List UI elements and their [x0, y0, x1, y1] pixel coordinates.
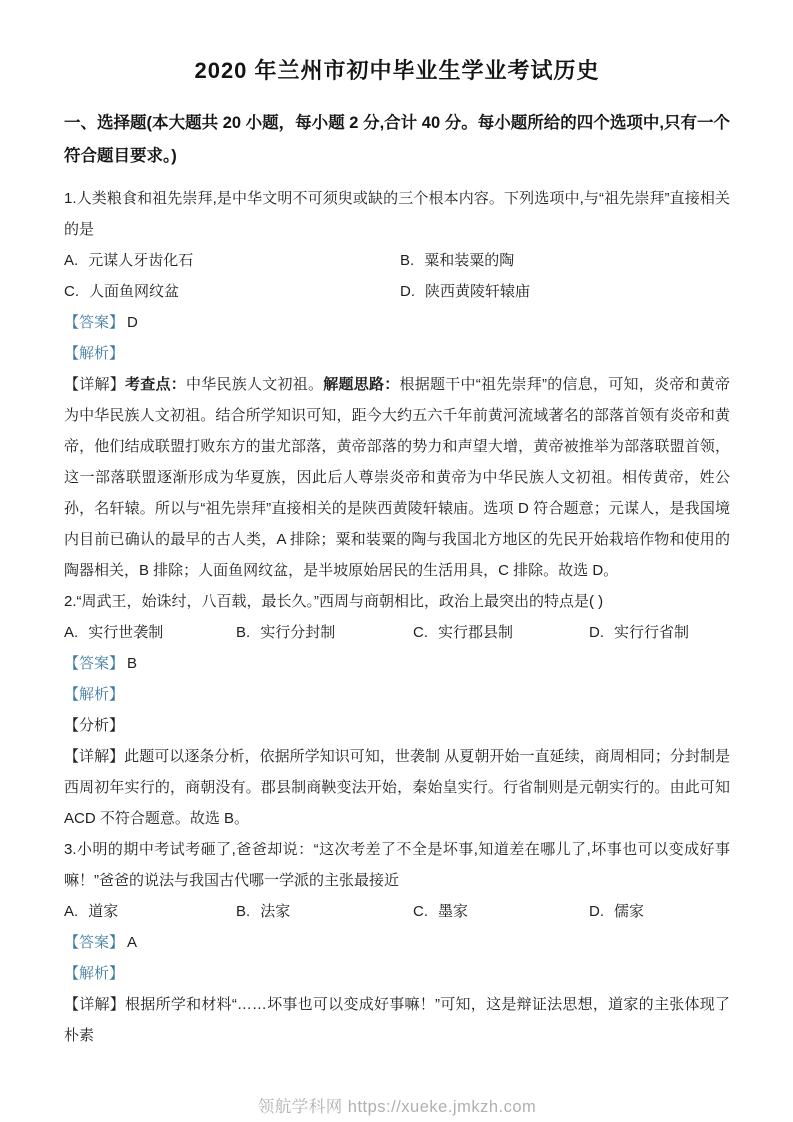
option-text: 实行分封制 — [260, 624, 335, 641]
detail-segment: 【详解】 — [64, 376, 125, 393]
detail-segment: 【详解】此题可以逐条分析，依据所学知识可知，世袭制 从夏朝开始一直延续，商周相同… — [64, 748, 730, 827]
answer-line: 【答案】B — [64, 648, 730, 679]
option-key: C. — [413, 624, 428, 641]
option-key: C. — [413, 903, 428, 920]
option-a: A.元谋人牙齿化石 — [64, 245, 400, 276]
answer-label: 【答案】 — [64, 655, 124, 672]
question-3: 3.小明的期中考试考砸了,爸爸却说：“这次考差了不全是坏事,知道差在哪儿了,坏事… — [64, 834, 730, 1051]
answer-value: D — [127, 314, 138, 331]
option-text: 实行世袭制 — [88, 624, 163, 641]
detail-segment-bold: 解题思路： — [323, 376, 399, 393]
option-key: B. — [236, 903, 250, 920]
option-key: A. — [64, 252, 78, 269]
fenxi-label: 【分析】 — [64, 717, 124, 734]
jiexi-line: 【解析】 — [64, 338, 730, 369]
answer-line: 【答案】D — [64, 307, 730, 338]
option-b: B.法家 — [236, 896, 413, 927]
options-grid: A.道家 B.法家 C.墨家 D.儒家 — [64, 896, 730, 927]
option-c: C.人面鱼网纹盆 — [64, 276, 400, 307]
option-text: 法家 — [260, 903, 290, 920]
jiexi-line: 【解析】 — [64, 679, 730, 710]
detail-paragraph: 【详解】此题可以逐条分析，依据所学知识可知，世袭制 从夏朝开始一直延续，商周相同… — [64, 741, 730, 834]
detail-segment: 【详解】根据所学和材料“……坏事也可以变成好事嘛！”可知，这是辩证法思想，道家的… — [64, 996, 730, 1044]
section-header: 一、选择题(本大题共 20 小题，每小题 2 分,合计 40 分。每小题所给的四… — [64, 107, 730, 173]
option-b: B.粟和装粟的陶 — [400, 245, 730, 276]
option-text: 实行行省制 — [614, 624, 689, 641]
option-b: B.实行分封制 — [236, 617, 413, 648]
option-text: 人面鱼网纹盆 — [89, 283, 179, 300]
question-1: 1.人类粮食和祖先崇拜,是中华文明不可须臾或缺的三个根本内容。下列选项中,与“祖… — [64, 183, 730, 586]
option-text: 墨家 — [438, 903, 468, 920]
jiexi-label: 【解析】 — [64, 345, 124, 362]
option-key: D. — [400, 283, 415, 300]
fenxi-line: 【分析】 — [64, 710, 730, 741]
question-2: 2.“周武王，始诛纣，八百载，最长久。”西周与商朝相比，政治上最突出的特点是( … — [64, 586, 730, 834]
option-key: A. — [64, 624, 78, 641]
option-key: A. — [64, 903, 78, 920]
option-text: 实行郡县制 — [438, 624, 513, 641]
option-key: D. — [589, 903, 604, 920]
answer-value: A — [127, 934, 137, 951]
jiexi-label: 【解析】 — [64, 686, 124, 703]
question-stem: 1.人类粮食和祖先崇拜,是中华文明不可须臾或缺的三个根本内容。下列选项中,与“祖… — [64, 183, 730, 245]
option-text: 陕西黄陵轩辕庙 — [425, 283, 530, 300]
option-d: D.实行行省制 — [589, 617, 730, 648]
page-title: 2020 年兰州市初中毕业生学业考试历史 — [64, 54, 730, 85]
option-a: A.道家 — [64, 896, 236, 927]
option-text: 道家 — [88, 903, 118, 920]
detail-paragraph: 【详解】根据所学和材料“……坏事也可以变成好事嘛！”可知，这是辩证法思想，道家的… — [64, 989, 730, 1051]
option-key: B. — [236, 624, 250, 641]
question-stem: 3.小明的期中考试考砸了,爸爸却说：“这次考差了不全是坏事,知道差在哪儿了,坏事… — [64, 834, 730, 896]
answer-label: 【答案】 — [64, 314, 124, 331]
detail-segment: 根据题干中“祖先崇拜”的信息，可知，炎帝和黄帝为中华民族人文初祖。结合所学知识可… — [64, 376, 730, 579]
option-d: D.儒家 — [589, 896, 730, 927]
option-c: C.墨家 — [413, 896, 589, 927]
option-a: A.实行世袭制 — [64, 617, 236, 648]
answer-label: 【答案】 — [64, 934, 124, 951]
option-text: 儒家 — [614, 903, 644, 920]
detail-segment: 中华民族人文初祖。 — [186, 376, 323, 393]
options-grid: A.元谋人牙齿化石 B.粟和装粟的陶 C.人面鱼网纹盆 D.陕西黄陵轩辕庙 — [64, 245, 730, 307]
option-text: 粟和装粟的陶 — [424, 252, 514, 269]
detail-paragraph: 【详解】考查点：中华民族人文初祖。解题思路：根据题干中“祖先崇拜”的信息，可知，… — [64, 369, 730, 586]
exam-document-page: 2020 年兰州市初中毕业生学业考试历史 一、选择题(本大题共 20 小题，每小… — [0, 0, 793, 1122]
option-key: B. — [400, 252, 414, 269]
answer-line: 【答案】A — [64, 927, 730, 958]
answer-value: B — [127, 655, 137, 672]
option-text: 元谋人牙齿化石 — [88, 252, 193, 269]
detail-segment-bold: 考查点： — [125, 376, 186, 393]
options-grid: A.实行世袭制 B.实行分封制 C.实行郡县制 D.实行行省制 — [64, 617, 730, 648]
option-key: D. — [589, 624, 604, 641]
jiexi-line: 【解析】 — [64, 958, 730, 989]
option-key: C. — [64, 283, 79, 300]
jiexi-label: 【解析】 — [64, 965, 124, 982]
watermark-footer: 领航学科网 https://xueke.jmkzh.com — [64, 1093, 730, 1117]
option-c: C.实行郡县制 — [413, 617, 589, 648]
question-stem: 2.“周武王，始诛纣，八百载，最长久。”西周与商朝相比，政治上最突出的特点是( … — [64, 586, 730, 617]
option-d: D.陕西黄陵轩辕庙 — [400, 276, 730, 307]
